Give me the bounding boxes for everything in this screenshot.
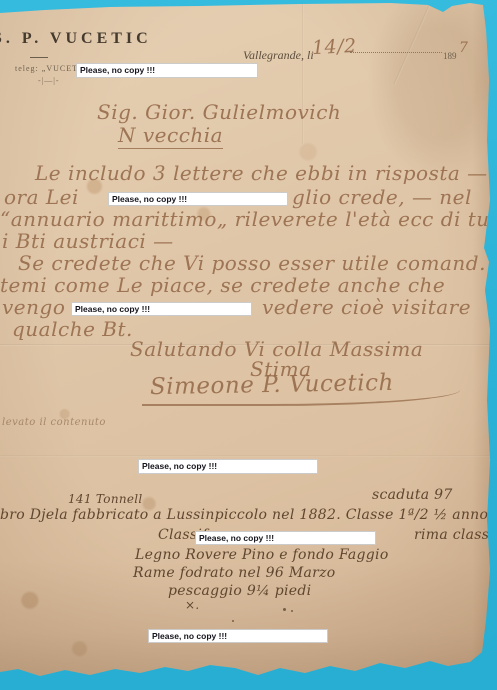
body-line-4: i Bti austriaci — <box>2 229 174 253</box>
body-line-7b: vedere cioè visitare <box>262 295 471 319</box>
vessel-line-4: Rame fodrato nel 96 Marzo <box>133 565 336 581</box>
dateline-day-handwritten: 14/2 <box>311 35 357 59</box>
letter-paper-sheet: S. P. VUCETIC teleg: „VUCETIC -|—|- Vall… <box>0 0 497 690</box>
watermark-label: Please, no copy !!! <box>152 631 227 641</box>
recipient-place: N vecchia <box>118 123 223 149</box>
watermark-box-6: Please, no copy !!! <box>148 629 328 643</box>
paper-corner-crease <box>393 2 431 85</box>
pencil-mark: ×. <box>185 598 199 612</box>
ink-speck <box>232 620 234 622</box>
vessel-tonnage: 141 Tonnell <box>68 492 143 506</box>
watermark-box-1: Please, no copy !!! <box>76 63 258 78</box>
watermark-label: Please, no copy !!! <box>199 533 274 543</box>
body-line-6: temi come Le piace, se credete anche che <box>0 273 445 297</box>
body-line-2b: glio crede, — nel <box>292 185 472 209</box>
letterhead-name: S. P. VUCETIC <box>0 30 152 48</box>
dateline-place-printed: Vallegrande, li <box>243 48 314 63</box>
dateline-year-printed: 189 <box>443 51 457 61</box>
watermark-label: Please, no copy !!! <box>75 304 150 314</box>
letterhead-ornament: -|—|- <box>38 76 60 85</box>
body-line-2a: ora Lei <box>4 185 79 209</box>
signature-flourish <box>142 390 460 406</box>
watermark-box-3: Please, no copy !!! <box>71 302 252 316</box>
watermark-label: Please, no copy !!! <box>142 461 217 471</box>
watermark-box-4: Please, no copy !!! <box>138 459 318 474</box>
vessel-line-3: Legno Rovere Pino e fondo Faggio <box>135 547 389 563</box>
margin-note: levato il contenuto <box>2 417 106 428</box>
ink-speck <box>291 610 293 612</box>
letterhead-rule <box>30 57 48 58</box>
recipient-name: Sig. Gior. Gulielmovich <box>97 100 341 124</box>
body-line-8: qualche Bt. <box>12 317 133 341</box>
dateline-dotted-rule <box>350 52 442 53</box>
paper-fold-line <box>0 455 497 457</box>
dateline-year-handwritten: 7 <box>459 40 468 56</box>
watermark-box-5: Please, no copy !!! <box>195 531 376 545</box>
body-line-7a: vengo <box>2 295 65 319</box>
ink-speck <box>283 608 286 611</box>
page-mark: 2 <box>488 252 493 261</box>
watermark-label: Please, no copy !!! <box>80 65 155 75</box>
scanned-letter-photo: S. P. VUCETIC teleg: „VUCETIC -|—|- Vall… <box>0 0 497 690</box>
vessel-scaduta: scaduta 97 <box>372 487 453 503</box>
watermark-label: Please, no copy !!! <box>112 194 187 204</box>
body-line-5: Se credete che Vi posso esser utile coma… <box>18 251 486 275</box>
vessel-line-2b: rima classe <box>414 527 497 543</box>
vessel-line-5: pescaggio 9¼ piedi <box>168 583 311 599</box>
body-line-3: “annuario marittimo„ rileverete l'età ec… <box>0 207 497 231</box>
body-line-1: Le includo 3 lettere che ebbi in rispost… <box>35 161 488 185</box>
watermark-box-2: Please, no copy !!! <box>108 192 288 206</box>
vessel-line-1: bro Djela fabbricato a Lussinpiccolo nel… <box>0 507 488 523</box>
